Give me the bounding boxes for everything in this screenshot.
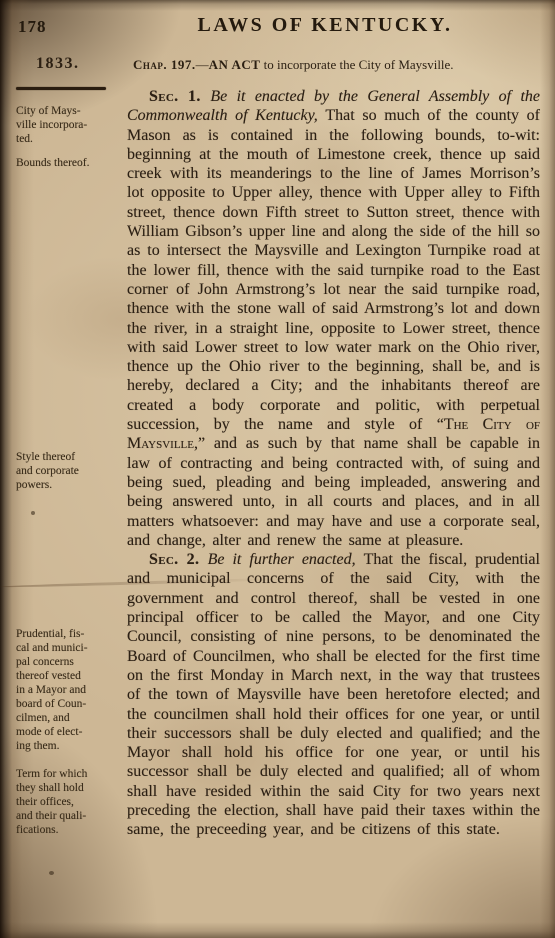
act-label: AN ACT: [209, 57, 261, 72]
ink-speck: [49, 871, 54, 875]
chapter-heading: Chap. 197.—AN ACT to incorporate the Cit…: [133, 57, 541, 73]
section-2-paragraph: Sec. 2. Be it further enacted, That the …: [127, 550, 540, 839]
running-title: LAWS OF KENTUCKY.: [120, 14, 530, 37]
margin-note-incorporated: City of Mays- ville incorpora- ted.: [16, 104, 120, 146]
section-1-paragraph: Sec. 1. Be it enacted by the General Ass…: [127, 87, 540, 550]
section-2-label: Sec. 2.: [149, 551, 208, 568]
ink-speck: [31, 511, 35, 515]
year-label: 1833.: [36, 55, 80, 73]
chapter-number-label: Chap. 197.: [133, 57, 196, 72]
act-body-column: Sec. 1. Be it enacted by the General Ass…: [127, 87, 540, 840]
act-subject: to incorporate the City of Maysville.: [260, 57, 453, 72]
chapter-dash: —: [196, 57, 209, 72]
section-1-text-before-name: That so much of the county of Mason as i…: [127, 107, 540, 433]
year-underline-rule: [16, 87, 106, 90]
section-1-label: Sec. 1.: [149, 88, 210, 105]
page-number: 178: [18, 17, 47, 37]
section-2-text: That the fiscal, prudential and municipa…: [127, 551, 540, 838]
margin-note-concerns-vested: Prudential, fis- cal and munici- pal con…: [16, 627, 120, 753]
margin-note-style-powers: Style thereof and corporate powers.: [16, 450, 120, 492]
section-2-enacting-clause: Be it further enacted,: [208, 551, 364, 568]
scanned-book-page: 178 LAWS OF KENTUCKY. 1833. Chap. 197.—A…: [0, 0, 555, 938]
section-1-text-after-name: ,” and as such by that name shall be cap…: [127, 435, 540, 548]
margin-note-term-qualifications: Term for which they shall hold their off…: [16, 767, 120, 837]
margin-note-bounds: Bounds thereof.: [16, 156, 120, 170]
